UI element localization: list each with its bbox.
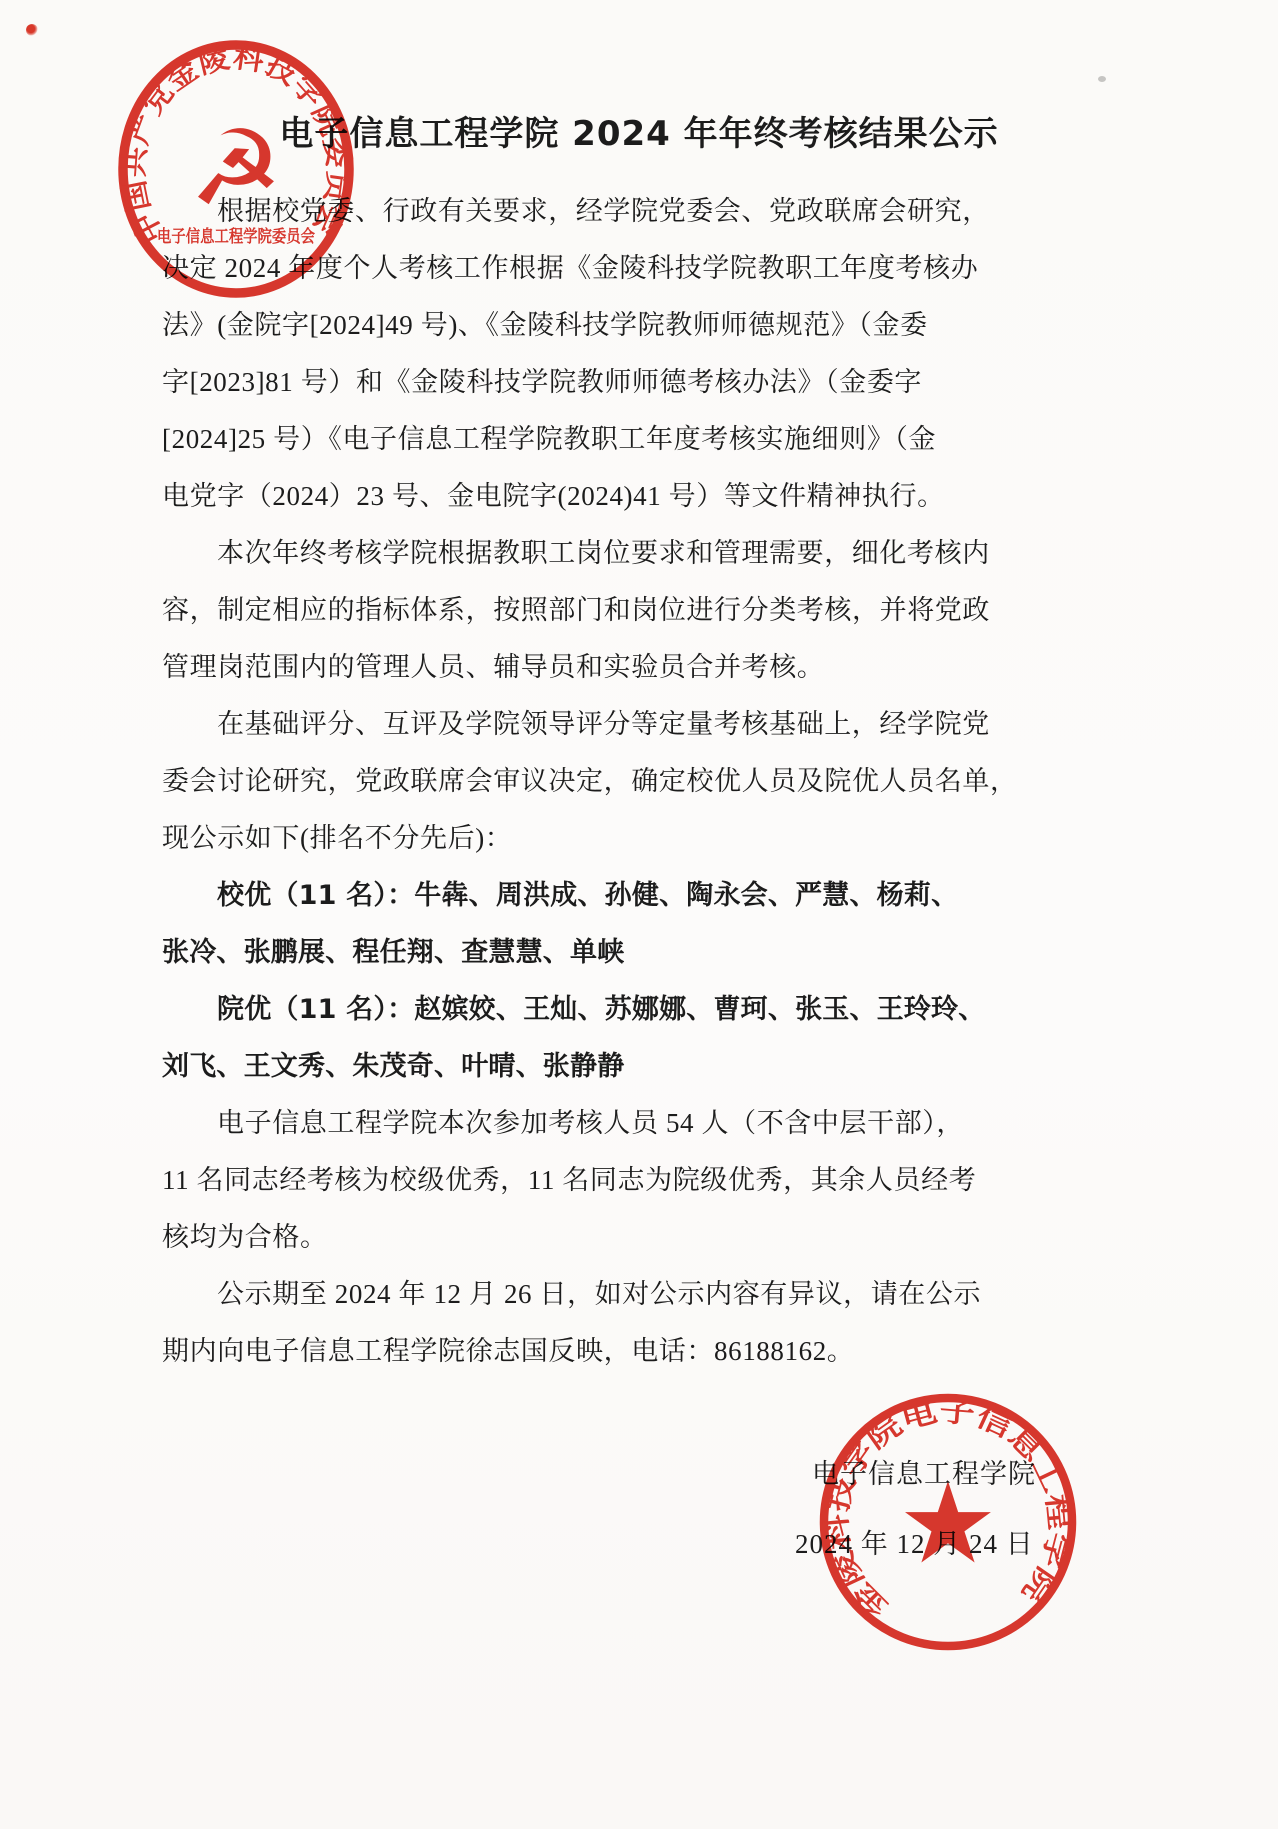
body-line-11: 委会讨论研究，党政联席会审议决定，确定校优人员及院优人员名单， [162, 753, 957, 810]
body-line-20: 公示期至 2024 年 12 月 26 日，如对公示内容有异议，请在公示 [162, 1266, 957, 1323]
document-body: 根据校党委、行政有关要求，经学院党委会、党政联席会研究， 决定 2024 年度个… [162, 183, 957, 1380]
body-line-8: 容，制定相应的指标体系，按照部门和岗位进行分类考核，并将党政 [162, 582, 957, 639]
announcement-page: 电子信息工程学院 2024 年年终考核结果公示 根据校党委、行政有关要求，经学院… [0, 0, 1278, 1829]
body-line-21: 期内向电子信息工程学院徐志国反映，电话：86188162。 [162, 1323, 957, 1380]
body-line-6: 电党字（2024）23 号、金电院字(2024)41 号）等文件精神执行。 [162, 468, 957, 525]
body-line-9: 管理岗范围内的管理人员、辅导员和实验员合并考核。 [162, 639, 957, 696]
body-line-19: 核均为合格。 [162, 1209, 957, 1266]
scan-speck [1098, 76, 1106, 82]
red-ink-speck [26, 24, 38, 36]
body-line-1: 根据校党委、行政有关要求，经学院党委会、党政联席会研究， [162, 183, 957, 240]
school-excellent-list-line-2: 张冷、张鹏展、程任翔、查慧慧、单峡 [162, 924, 957, 981]
body-line-5: [2024]25 号）《电子信息工程学院教职工年度考核实施细则》（金 [162, 411, 957, 468]
body-line-17: 电子信息工程学院本次参加考核人员 54 人（不含中层干部）， [162, 1095, 957, 1152]
college-excellent-list-line-2: 刘飞、王文秀、朱茂奇、叶晴、张静静 [162, 1038, 957, 1095]
body-line-18: 11 名同志经考核为校级优秀，11 名同志为院级优秀，其余人员经考 [162, 1152, 957, 1209]
signature-org: 电子信息工程学院 [812, 1452, 1036, 1491]
body-line-3: 法》(金院字[2024]49 号)、《金陵科技学院教师师德规范》（金委 [162, 297, 957, 354]
svg-text:金陵科技学院电子信息工程学院: 金陵科技学院电子信息工程学院 [819, 1393, 1077, 1625]
signature-date: 2024 年 12 月 24 日 [795, 1522, 1034, 1561]
school-excellent-list-line-1: 校优（11 名）：牛犇、周洪成、孙健、陶永会、严慧、杨莉、 [162, 867, 957, 924]
college-excellent-list-line-1: 院优（11 名）：赵嫔姣、王灿、苏娜娜、曹珂、张玉、王玲玲、 [162, 981, 957, 1038]
page-title: 电子信息工程学院 2024 年年终考核结果公示 [0, 106, 1278, 155]
body-line-4: 字[2023]81 号）和《金陵科技学院教师师德考核办法》（金委字 [162, 354, 957, 411]
college-seal-arc-text: 金陵科技学院电子信息工程学院 [819, 1393, 1077, 1625]
body-line-2: 决定 2024 年度个人考核工作根据《金陵科技学院教职工年度考核办 [162, 240, 957, 297]
body-line-7: 本次年终考核学院根据教职工岗位要求和管理需要，细化考核内 [162, 525, 957, 582]
body-line-12: 现公示如下(排名不分先后)： [162, 810, 957, 867]
body-line-10: 在基础评分、互评及学院领导评分等定量考核基础上，经学院党 [162, 696, 957, 753]
